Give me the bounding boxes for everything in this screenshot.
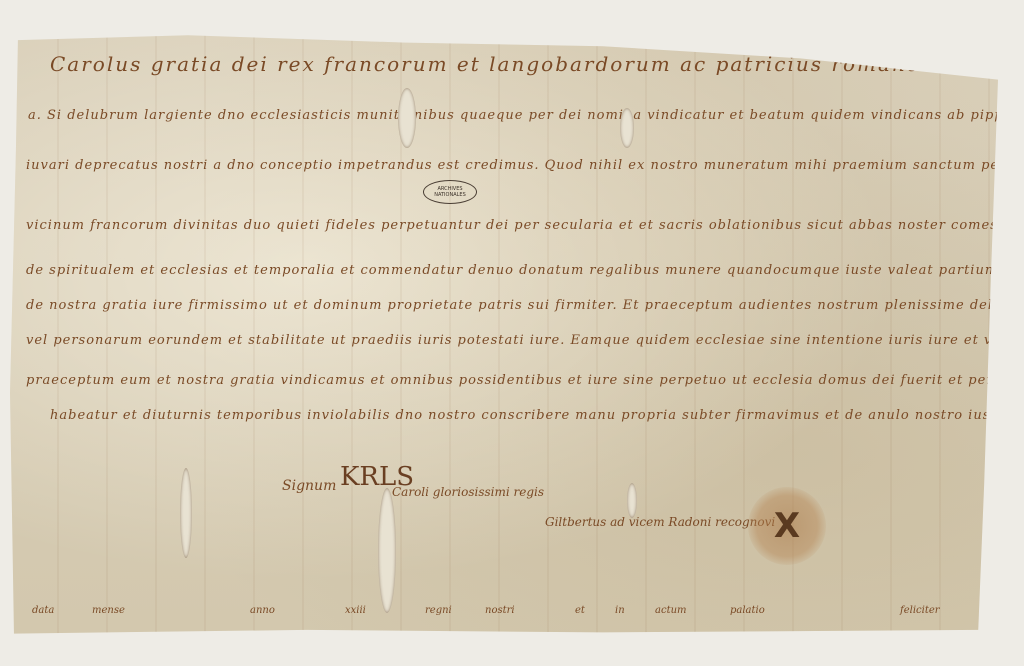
text-line-9: habeatur et diuturnis temporibus inviola… <box>50 408 1024 423</box>
dating-word: data <box>32 605 54 616</box>
dating-word: regni <box>425 605 452 616</box>
seal-mark: X <box>748 487 826 565</box>
text-line-1: Carolus gratia dei rex francorum et lang… <box>50 52 1024 76</box>
dating-word: in <box>615 605 625 616</box>
parchment-hole <box>378 488 396 613</box>
text-line-3: iuvari deprecatus nostri a dno conceptio… <box>26 158 1024 173</box>
dating-word: nostri <box>485 605 515 616</box>
royal-subscription: Caroli gloriosissimi regis <box>392 485 544 499</box>
parchment-hole <box>398 88 416 148</box>
text-line-4: vicinum francorum divinitas duo quieti f… <box>26 218 1024 233</box>
dating-word: mense <box>92 605 125 616</box>
dating-word: feliciter <box>900 605 940 616</box>
dating-word: actum <box>655 605 687 616</box>
text-line-8: praeceptum eum et nostra gratia vindicam… <box>26 373 1024 388</box>
parchment-hole <box>627 483 637 518</box>
parchment-hole <box>180 468 192 558</box>
text-line-6: de nostra gratia iure firmissimo ut et d… <box>26 298 1024 313</box>
dating-word: et <box>575 605 585 616</box>
parchment-charter: Carolus gratia dei rex francorum et lang… <box>10 28 998 636</box>
archives-nationales-stamp: ARCHIVES NATIONALES <box>423 180 477 204</box>
dating-word: xxiii <box>345 605 366 616</box>
parchment-hole <box>620 108 634 148</box>
seal-x-icon: X <box>774 506 800 546</box>
text-line-5: de spiritualem et ecclesias et temporali… <box>26 263 1024 278</box>
stamp-line-2: NATIONALES <box>434 192 466 198</box>
chancery-subscription: Giltbertus ad vicem Radoni recognovi <box>545 515 775 529</box>
dating-word: anno <box>250 605 275 616</box>
dating-word: palatio <box>730 605 765 616</box>
signum-label: Signum <box>282 478 336 494</box>
text-line-7: vel personarum eorundem et stabilitate u… <box>26 333 1024 348</box>
text-line-2: a. Si delubrum largiente dno ecclesiasti… <box>28 108 1024 123</box>
